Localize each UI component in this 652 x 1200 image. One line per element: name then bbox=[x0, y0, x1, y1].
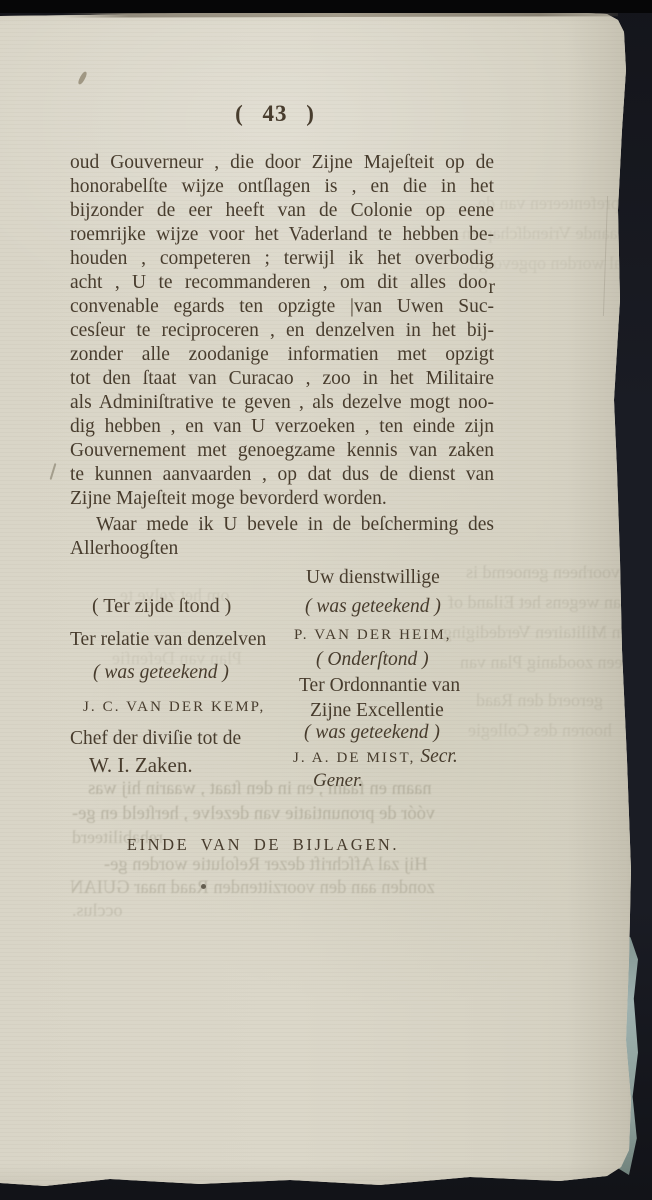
ink-speck bbox=[201, 884, 206, 889]
signature-left-line: Ter relatie van denzelven bbox=[70, 629, 266, 651]
bleedthrough-text: geroerd den Raad bbox=[476, 690, 603, 711]
signature-right-line: Zijne Excellentie bbox=[310, 700, 444, 722]
bleedthrough-text: van wegens het Eiland of bbox=[448, 592, 630, 613]
scan-backdrop: ( 43 ) oud Gouverneur , die door Zijne M… bbox=[0, 0, 652, 1200]
body-line: bijzonder de eer heeft van de Colonie op… bbox=[70, 199, 494, 223]
signature-left-line: Chef der diviſie tot de bbox=[70, 728, 241, 750]
body-line: houden , competeren ; terwijl ik het ove… bbox=[70, 247, 494, 271]
bleedthrough-text: zonden aan den voorzittenden Raad naar G… bbox=[70, 878, 435, 899]
body-line: dig hebben , en van U verzoeken , ten ei… bbox=[70, 415, 494, 439]
signature-left-line: ( Ter zijde ſtond ) bbox=[92, 595, 231, 618]
body-line: Zijne Majeſteit moge bevorderd worden. bbox=[70, 487, 494, 511]
bleedthrough-text: occlus. bbox=[72, 900, 122, 921]
bleedthrough-text: naam en faam , en in den ſtaat , waarin … bbox=[88, 779, 432, 800]
body-line: cesſeur te reciproceren , en denzelven i… bbox=[70, 319, 494, 343]
bleedthrough-text: hooren des Collegie bbox=[468, 720, 612, 741]
signature-right-line: Uw dienstwillige bbox=[306, 567, 440, 589]
bleedthrough-text: vóór de pronuntiatie van dezelve , herſt… bbox=[72, 804, 435, 825]
body-line: convenable egards ten opzigte |van Uwen … bbox=[70, 295, 494, 319]
body-line: roemrijke wijze voor het Vaderland te he… bbox=[70, 223, 494, 247]
bleedthrough-text: als voorheen genoemd is bbox=[466, 562, 644, 583]
signature-right-line: ( Onderſtond ) bbox=[316, 649, 429, 671]
signature-right-line: ( was geteekend ) bbox=[305, 596, 441, 618]
body-line: als Adminiſtrative te geven , als dezelv… bbox=[70, 391, 494, 415]
signature-left-name: J. C. VAN DER KEMP, bbox=[83, 699, 265, 716]
signature-right-line: Ter Ordonnantie van bbox=[299, 675, 460, 697]
book-page: ( 43 ) oud Gouverneur , die door Zijne M… bbox=[0, 0, 652, 1200]
bleedthrough-text: Hij zal Afſchrift dezer Reſolutie worden… bbox=[104, 855, 428, 876]
body-line: Waar mede ik U bevele in de beſcherming … bbox=[70, 513, 494, 537]
end-of-appendices-line: EINDE VAN DE BIJLAGEN. bbox=[60, 835, 466, 855]
body-line: oud Gouverneur , die door Zijne Majeſtei… bbox=[70, 151, 494, 175]
bleedthrough-text: een zoodanig Plan van bbox=[460, 652, 622, 673]
body-line: te kunnen aanvaarden , op dat dus de die… bbox=[70, 463, 494, 487]
scan-top-border bbox=[0, 0, 652, 13]
body-line: tot den ſtaat van Curacao , zoo in het M… bbox=[70, 367, 494, 391]
signature-left-line: ( was geteekend ) bbox=[93, 662, 229, 684]
dropped-type-r: r bbox=[489, 277, 496, 298]
closing-paragraph: Waar mede ik U bevele in de beſcherming … bbox=[70, 513, 494, 561]
body-line: acht , U te recommanderen , om dit alles… bbox=[70, 271, 494, 295]
ink-speck bbox=[50, 463, 57, 480]
signature-right-line: ( was geteekend ) bbox=[304, 722, 440, 744]
body-line: zonder alle zoodanige informatien met op… bbox=[70, 343, 494, 367]
paper-crease bbox=[603, 196, 608, 316]
body-line: Gouvernement met genoegzame kennis van z… bbox=[70, 439, 494, 463]
signature-right-line: Gener. bbox=[313, 770, 363, 792]
body-line: honorabelſte wijze ontſlagen is , en die… bbox=[70, 175, 494, 199]
bleedthrough-text: het prefenteeren van de bbox=[478, 193, 646, 214]
bleedthrough-text: den Militairen Verdediging bbox=[443, 622, 638, 643]
body-paragraph: oud Gouverneur , die door Zijne Majeſtei… bbox=[70, 151, 494, 511]
signature-left-line: W. I. Zaken. bbox=[89, 753, 193, 778]
page-number: ( 43 ) bbox=[70, 101, 480, 127]
body-line: Allerhoogſten bbox=[70, 537, 494, 561]
signature-right-name: J. A. DE MIST, Secr. bbox=[293, 746, 458, 768]
ink-speck bbox=[77, 71, 88, 86]
signature-right-name: P. VAN DER HEIM, bbox=[294, 627, 452, 644]
